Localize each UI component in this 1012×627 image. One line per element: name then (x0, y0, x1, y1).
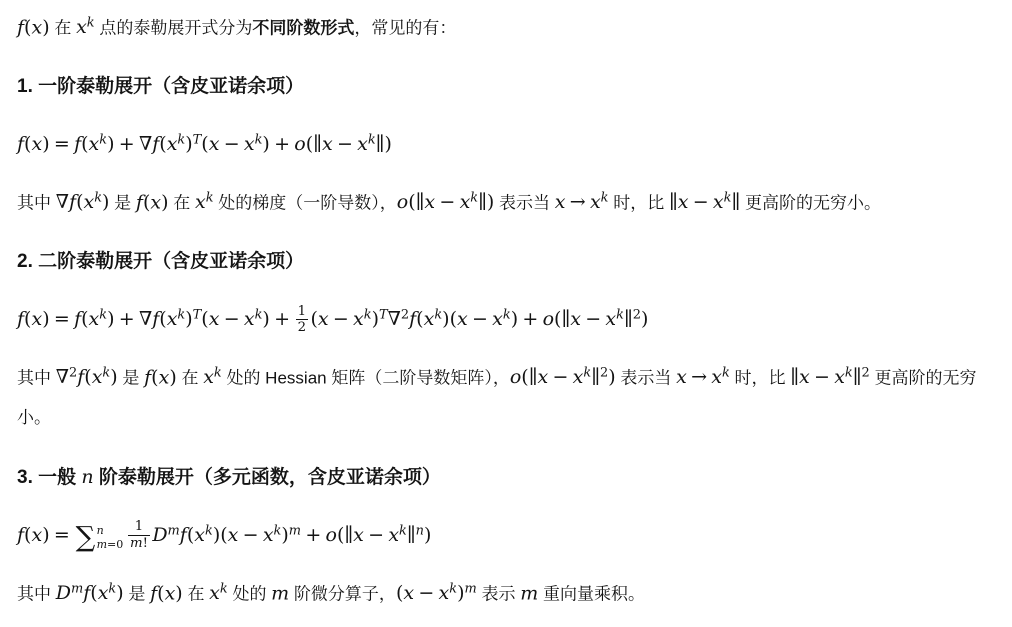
math-variable: x (799, 366, 810, 388)
math-symbol: ) (42, 308, 49, 330)
math-symbol: ∥ (313, 133, 322, 155)
text-run: 在 (183, 584, 209, 603)
math-superscript: T (193, 307, 202, 322)
math-superscript: m (71, 582, 83, 597)
math-superscript: n (416, 523, 424, 538)
math-char: k (220, 582, 228, 597)
math-variable: D (152, 524, 167, 546)
intro-paragraph: f(x) 在 xk 点的泰勒展开式分为不同阶数形式，常见的有： (17, 4, 995, 48)
math-symbol: ) (262, 308, 269, 330)
math-char: k (87, 16, 95, 31)
math-variable: x (31, 524, 42, 546)
math-run: n (81, 466, 93, 488)
text-run: 其中 (17, 368, 56, 387)
text-run: 其中 (17, 193, 56, 212)
math-variable: m (520, 582, 538, 604)
text-run: 是 (124, 584, 150, 603)
math-variable: x (31, 16, 42, 38)
math-operator: − (414, 582, 438, 604)
math-symbol: ) (42, 16, 49, 38)
math-variable: o (397, 191, 408, 213)
text-run: 1. 一阶泰勒展开（含皮亚诺余项） (17, 76, 304, 97)
math-superscript: 2 (862, 366, 870, 381)
math-variable: x (89, 308, 100, 330)
math-symbol: ( (84, 366, 91, 388)
math-symbol: ∥ (790, 366, 799, 388)
math-variable: f (17, 308, 24, 330)
math-run: (x−xk)m (396, 582, 477, 604)
summation-upper-limit: n (97, 524, 124, 538)
math-variable: x (590, 191, 601, 213)
math-symbol: ) (262, 133, 269, 155)
fraction-numerator: 1 (128, 519, 150, 535)
math-variable: x (194, 524, 205, 546)
math-superscript: 2 (69, 366, 77, 381)
math-symbol: ∥ (731, 191, 740, 213)
math-run: x→xk (676, 366, 730, 388)
math-superscript: 2 (633, 307, 641, 322)
math-char: T (193, 132, 202, 147)
math-symbol: ( (81, 308, 88, 330)
math-variable: x (165, 582, 176, 604)
math-char: n (97, 524, 104, 537)
math-char: m (289, 523, 301, 538)
math-symbol: ( (90, 582, 97, 604)
math-variable: x (492, 308, 503, 330)
math-superscript: k (99, 132, 107, 147)
math-char: 0 (116, 538, 123, 551)
math-operator: + (115, 133, 139, 155)
math-symbol: ∇ (388, 308, 401, 330)
math-variable: x (31, 308, 42, 330)
text-run: 时，比 (609, 193, 669, 212)
math-symbol: ∥ (591, 366, 600, 388)
math-char: k (214, 366, 222, 381)
math-variable: x (460, 191, 471, 213)
math-variable: x (89, 133, 100, 155)
math-symbol: ) (175, 582, 182, 604)
math-variable: x (834, 366, 845, 388)
math-symbol: ∇ (56, 366, 69, 388)
math-operator: + (301, 524, 325, 546)
math-variable: o (326, 524, 337, 546)
math-operator: = (50, 524, 74, 546)
math-symbol: ∇ (139, 308, 152, 330)
math-char: 2 (600, 366, 608, 381)
text-run: 更高阶的无穷小。 (740, 193, 881, 212)
math-symbol: ) (281, 524, 288, 546)
math-superscript: m (465, 582, 477, 597)
math-char: 2 (69, 366, 77, 381)
math-variable: x (203, 366, 214, 388)
math-symbol: ( (310, 308, 317, 330)
math-variable: x (353, 308, 364, 330)
math-symbol: ∥ (561, 308, 570, 330)
math-symbol: ∥ (669, 191, 678, 213)
math-symbol: ) (608, 366, 615, 388)
text-run: 处的 (228, 584, 271, 603)
math-superscript: k (722, 366, 730, 381)
math-operator: − (435, 191, 459, 213)
math-variable: x (244, 308, 255, 330)
math-operator: + (270, 133, 294, 155)
math-variable: o (543, 308, 554, 330)
math-variable: f (17, 133, 24, 155)
math-variable: f (17, 524, 24, 546)
math-run: xk (209, 582, 228, 604)
math-variable: x (209, 133, 220, 155)
math-variable: n (81, 466, 93, 488)
math-char: 2 (862, 366, 870, 381)
math-symbol: ∇ (56, 191, 69, 213)
math-symbol: ∇ (139, 133, 152, 155)
section-3-heading: 3. 一般 n 阶泰勒展开（多元函数，含皮亚诺余项） (17, 464, 995, 491)
math-char: k (99, 307, 107, 322)
math-operator: − (238, 524, 262, 546)
math-symbol: ( (81, 133, 88, 155)
math-char: = (107, 538, 116, 551)
text-run: 其中 (17, 584, 56, 603)
math-variable: x (678, 191, 689, 213)
math-symbol: ) (185, 308, 192, 330)
section-3-note: 其中 Dmf(xk) 是 f(x) 在 xk 处的 m 阶微分算子，(x−xk)… (17, 570, 995, 614)
math-superscript: k (616, 307, 624, 322)
math-run: ∇2f(xk) (56, 366, 118, 388)
math-symbol: ) (442, 308, 449, 330)
math-variable: x (537, 366, 548, 388)
math-variable: x (318, 308, 329, 330)
math-variable: x (424, 191, 435, 213)
section-1-heading: 1. 一阶泰勒展开（含皮亚诺余项） (17, 74, 995, 100)
math-run: xk (76, 16, 95, 38)
text-run: 时，比 (730, 368, 790, 387)
math-symbol: ∥ (853, 366, 862, 388)
math-char: T (193, 307, 202, 322)
math-symbol: ) (110, 366, 117, 388)
math-symbol: ( (157, 582, 164, 604)
math-char: m (71, 582, 83, 597)
math-variable: f (69, 191, 76, 213)
math-operator: − (548, 366, 572, 388)
math-fraction: 1m! (128, 519, 150, 551)
math-variable: f (136, 191, 143, 213)
math-char: T (379, 307, 388, 322)
math-operator: → (687, 366, 711, 388)
math-run: f(x) (150, 582, 183, 604)
math-variable: D (56, 582, 71, 604)
math-superscript: k (364, 307, 372, 322)
section-second-order-taylor: 2. 二阶泰勒展开（含皮亚诺余项） f(x)=f(xk)+∇f(xk)T(x−x… (17, 249, 995, 438)
math-operator: − (688, 191, 712, 213)
math-variable: x (388, 524, 399, 546)
math-symbol: ) (107, 308, 114, 330)
math-variable: x (263, 524, 274, 546)
math-symbol: ( (408, 191, 415, 213)
section-2-heading: 2. 二阶泰勒展开（含皮亚诺余项） (17, 249, 995, 275)
math-operator: = (50, 308, 74, 330)
math-symbol: ) (42, 524, 49, 546)
math-symbol: ( (151, 366, 158, 388)
math-symbol: ) (107, 133, 114, 155)
math-operator: − (581, 308, 605, 330)
math-variable: x (209, 582, 220, 604)
math-superscript: k (601, 191, 609, 206)
math-operator: + (115, 308, 139, 330)
text-run: 3. 一般 (17, 467, 81, 488)
section-3-formula: f(x)=∑nm=01m!Dmf(xk)(x−xk)m+o(∥x−xk∥n) (17, 509, 995, 557)
math-variable: x (573, 366, 584, 388)
math-symbol: ( (201, 308, 208, 330)
math-symbol: ) (372, 308, 379, 330)
math-run: f(x) (144, 366, 177, 388)
text-run: 表示当 (616, 368, 676, 387)
math-char: k (206, 191, 214, 206)
math-operator: − (468, 308, 492, 330)
math-variable: x (209, 308, 220, 330)
text-run: 点的泰勒展开式分为 (95, 18, 253, 37)
math-run: Dmf(xk) (56, 582, 124, 604)
math-superscript: k (434, 307, 442, 322)
math-run: f(x)=f(xk)+∇f(xk)T(x−xk)+o(∥x−xk∥) (17, 133, 392, 155)
math-char: k (845, 366, 853, 381)
text-run: 是 (118, 368, 144, 387)
math-char: k (368, 132, 376, 147)
math-operator: = (50, 133, 74, 155)
math-operator: − (333, 133, 357, 155)
summation-lower-limit: m=0 (97, 538, 124, 552)
math-superscript: m (168, 523, 180, 538)
math-variable: x (167, 308, 178, 330)
math-char: k (722, 366, 730, 381)
math-char: ! (143, 536, 148, 551)
math-variable: x (159, 366, 170, 388)
math-variable: x (570, 308, 581, 330)
math-operator: − (810, 366, 834, 388)
math-char: k (205, 523, 213, 538)
math-variable: x (353, 524, 364, 546)
math-variable: x (322, 133, 333, 155)
math-superscript: k (399, 523, 407, 538)
math-run: m (520, 582, 538, 604)
math-superscript: k (206, 191, 214, 206)
fraction-denominator: m! (128, 536, 150, 551)
text-run: ，常见的有： (354, 18, 456, 37)
math-char: 2 (633, 307, 641, 322)
math-char: k (503, 307, 511, 322)
math-variable: x (711, 366, 722, 388)
math-char: m (97, 538, 107, 551)
section-1-formula: f(x)=f(xk)+∇f(xk)T(x−xk)+o(∥x−xk∥) (17, 118, 995, 166)
math-symbol: ) (185, 133, 192, 155)
math-symbol: ) (161, 191, 168, 213)
math-char: k (99, 132, 107, 147)
document-page: { "page": { "background": "#ffffff", "te… (0, 0, 1012, 627)
math-variable: x (244, 133, 255, 155)
text-run: 阶微分算子， (289, 584, 396, 603)
math-symbol: ) (169, 366, 176, 388)
math-superscript: 2 (401, 307, 409, 322)
math-char: 1 (135, 519, 143, 534)
math-superscript: k (87, 16, 95, 31)
text-run: 2. 二阶泰勒展开（含皮亚诺余项） (17, 251, 304, 272)
math-run: o(∥x−xk∥) (397, 191, 495, 213)
math-symbol: ( (450, 308, 457, 330)
math-superscript: k (368, 132, 376, 147)
text-run: 是 (109, 193, 135, 212)
math-operator: − (364, 524, 388, 546)
math-superscript: 2 (600, 366, 608, 381)
math-symbol: ) (641, 308, 648, 330)
math-char: k (616, 307, 624, 322)
math-summation: ∑nm=0 (76, 524, 124, 552)
math-variable: m (271, 582, 289, 604)
math-symbol: ( (201, 133, 208, 155)
math-variable: x (228, 524, 239, 546)
math-char: 2 (298, 320, 306, 335)
math-run: xk (195, 191, 214, 213)
math-variable: x (424, 308, 435, 330)
math-superscript: k (845, 366, 853, 381)
math-run: ∥x−xk∥ (669, 191, 740, 213)
math-fraction: 12 (296, 304, 308, 336)
math-superscript: k (449, 582, 457, 597)
math-char: m (465, 582, 477, 597)
text-run: 表示 (477, 584, 520, 603)
fraction-denominator: 2 (296, 320, 308, 335)
text-run: 在 (169, 193, 195, 212)
section-2-formula: f(x)=f(xk)+∇f(xk)T(x−xk)+12(x−xk)T∇2f(xk… (17, 293, 995, 341)
math-symbol: ( (416, 308, 423, 330)
sigma-symbol: ∑ (76, 524, 96, 552)
math-symbol: ( (521, 366, 528, 388)
math-variable: f (180, 524, 187, 546)
math-symbol: ) (424, 524, 431, 546)
math-operator: → (566, 191, 590, 213)
math-symbol: ( (159, 133, 166, 155)
math-operator: + (518, 308, 542, 330)
math-symbol: ) (511, 308, 518, 330)
bold-text: 不同阶数形式 (252, 18, 354, 37)
math-variable: x (555, 191, 566, 213)
math-variable: x (357, 133, 368, 155)
text-run: 表示当 (494, 193, 554, 212)
math-superscript: k (503, 307, 511, 322)
math-variable: x (167, 133, 178, 155)
math-variable: x (83, 191, 94, 213)
math-char: k (364, 307, 372, 322)
text-run: 处的 Hessian 矩阵（二阶导数矩阵）， (222, 368, 510, 387)
math-variable: x (605, 308, 616, 330)
math-variable: x (195, 191, 206, 213)
text-run: 处的梯度（一阶导数）， (214, 193, 397, 212)
math-variable: x (676, 366, 687, 388)
math-variable: x (439, 582, 450, 604)
math-symbol: ) (384, 133, 391, 155)
math-superscript: T (193, 132, 202, 147)
math-operator: + (270, 308, 294, 330)
section-general-order-taylor: 3. 一般 n 阶泰勒展开（多元函数，含皮亚诺余项） f(x)=∑nm=01m!… (17, 464, 995, 614)
math-operator: − (219, 308, 243, 330)
math-symbol: ∥ (478, 191, 487, 213)
math-variable: o (510, 366, 521, 388)
math-char: n (416, 523, 424, 538)
math-superscript: k (220, 582, 228, 597)
math-symbol: ( (220, 524, 227, 546)
math-run: ∥x−xk∥2 (790, 366, 870, 388)
math-run: xk (203, 366, 222, 388)
math-symbol: ) (42, 133, 49, 155)
math-char: k (601, 191, 609, 206)
math-char: m (130, 536, 143, 551)
text-run: 在 (50, 18, 76, 37)
math-superscript: m (289, 523, 301, 538)
text-run: 阶泰勒展开（多元函数，含皮亚诺余项） (94, 467, 441, 488)
math-char: k (399, 523, 407, 538)
math-char: k (470, 191, 478, 206)
math-char: m (168, 523, 180, 538)
math-superscript: k (214, 366, 222, 381)
math-variable: x (92, 366, 103, 388)
math-variable: x (403, 582, 414, 604)
math-run: x→xk (555, 191, 609, 213)
summation-limits: nm=0 (97, 524, 124, 552)
math-variable: x (713, 191, 724, 213)
math-superscript: k (470, 191, 478, 206)
math-char: k (449, 582, 457, 597)
math-symbol: ( (159, 308, 166, 330)
math-char: 2 (401, 307, 409, 322)
section-2-note: 其中 ∇2f(xk) 是 f(x) 在 xk 处的 Hessian 矩阵（二阶导… (17, 354, 995, 438)
math-run: f(x) (17, 16, 50, 38)
math-variable: x (150, 191, 161, 213)
math-variable: x (98, 582, 109, 604)
math-variable: o (294, 133, 305, 155)
math-operator: − (219, 133, 243, 155)
math-run: f(x) (136, 191, 169, 213)
answer-document: f(x) 在 xk 点的泰勒展开式分为不同阶数形式，常见的有： 1. 一阶泰勒展… (17, 4, 995, 614)
math-run: ∇f(xk) (56, 191, 110, 213)
math-run: f(x)=f(xk)+∇f(xk)T(x−xk)+12(x−xk)T∇2f(xk… (17, 308, 648, 330)
math-variable: f (17, 16, 24, 38)
text-run: 重向量乘积。 (538, 584, 645, 603)
math-superscript: k (205, 523, 213, 538)
math-superscript: T (379, 307, 388, 322)
math-run: o(∥x−xk∥2) (510, 366, 616, 388)
math-run: m (271, 582, 289, 604)
math-symbol: ∥ (344, 524, 353, 546)
math-run: f(x)=∑nm=01m!Dmf(xk)(x−xk)m+o(∥x−xk∥n) (17, 524, 431, 546)
math-char: k (94, 191, 102, 206)
math-variable: x (457, 308, 468, 330)
math-symbol: ) (116, 582, 123, 604)
math-superscript: k (99, 307, 107, 322)
math-variable: x (31, 133, 42, 155)
math-variable: x (76, 16, 87, 38)
section-first-order-taylor: 1. 一阶泰勒展开（含皮亚诺余项） f(x)=f(xk)+∇f(xk)T(x−x… (17, 74, 995, 223)
math-symbol: ∥ (407, 524, 416, 546)
math-char: 1 (298, 304, 306, 319)
math-symbol: ) (457, 582, 464, 604)
math-char: k (434, 307, 442, 322)
text-run: 在 (177, 368, 203, 387)
fraction-numerator: 1 (296, 304, 308, 320)
math-operator: − (329, 308, 353, 330)
math-superscript: k (94, 191, 102, 206)
math-symbol: ∥ (624, 308, 633, 330)
section-1-note: 其中 ∇f(xk) 是 f(x) 在 xk 处的梯度（一阶导数），o(∥x−xk… (17, 179, 995, 223)
